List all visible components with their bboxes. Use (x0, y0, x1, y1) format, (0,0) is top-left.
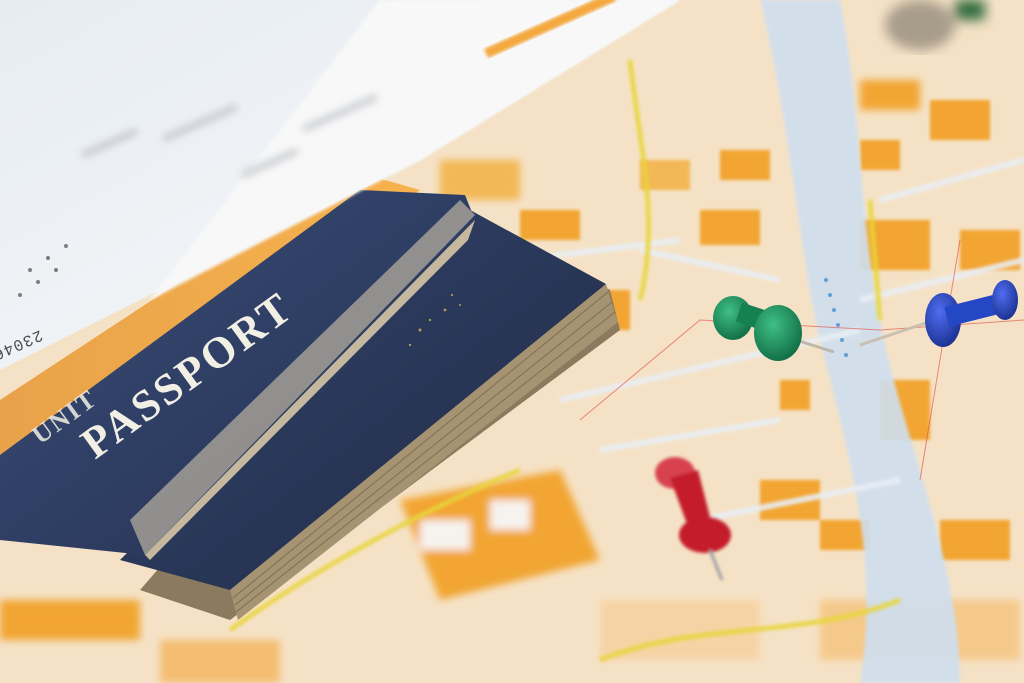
photo-scene: PASSPORT UNIT 2304641662 Two (0, 0, 1024, 683)
photo-illustration: PASSPORT UNIT 2304641662 (0, 0, 1024, 683)
